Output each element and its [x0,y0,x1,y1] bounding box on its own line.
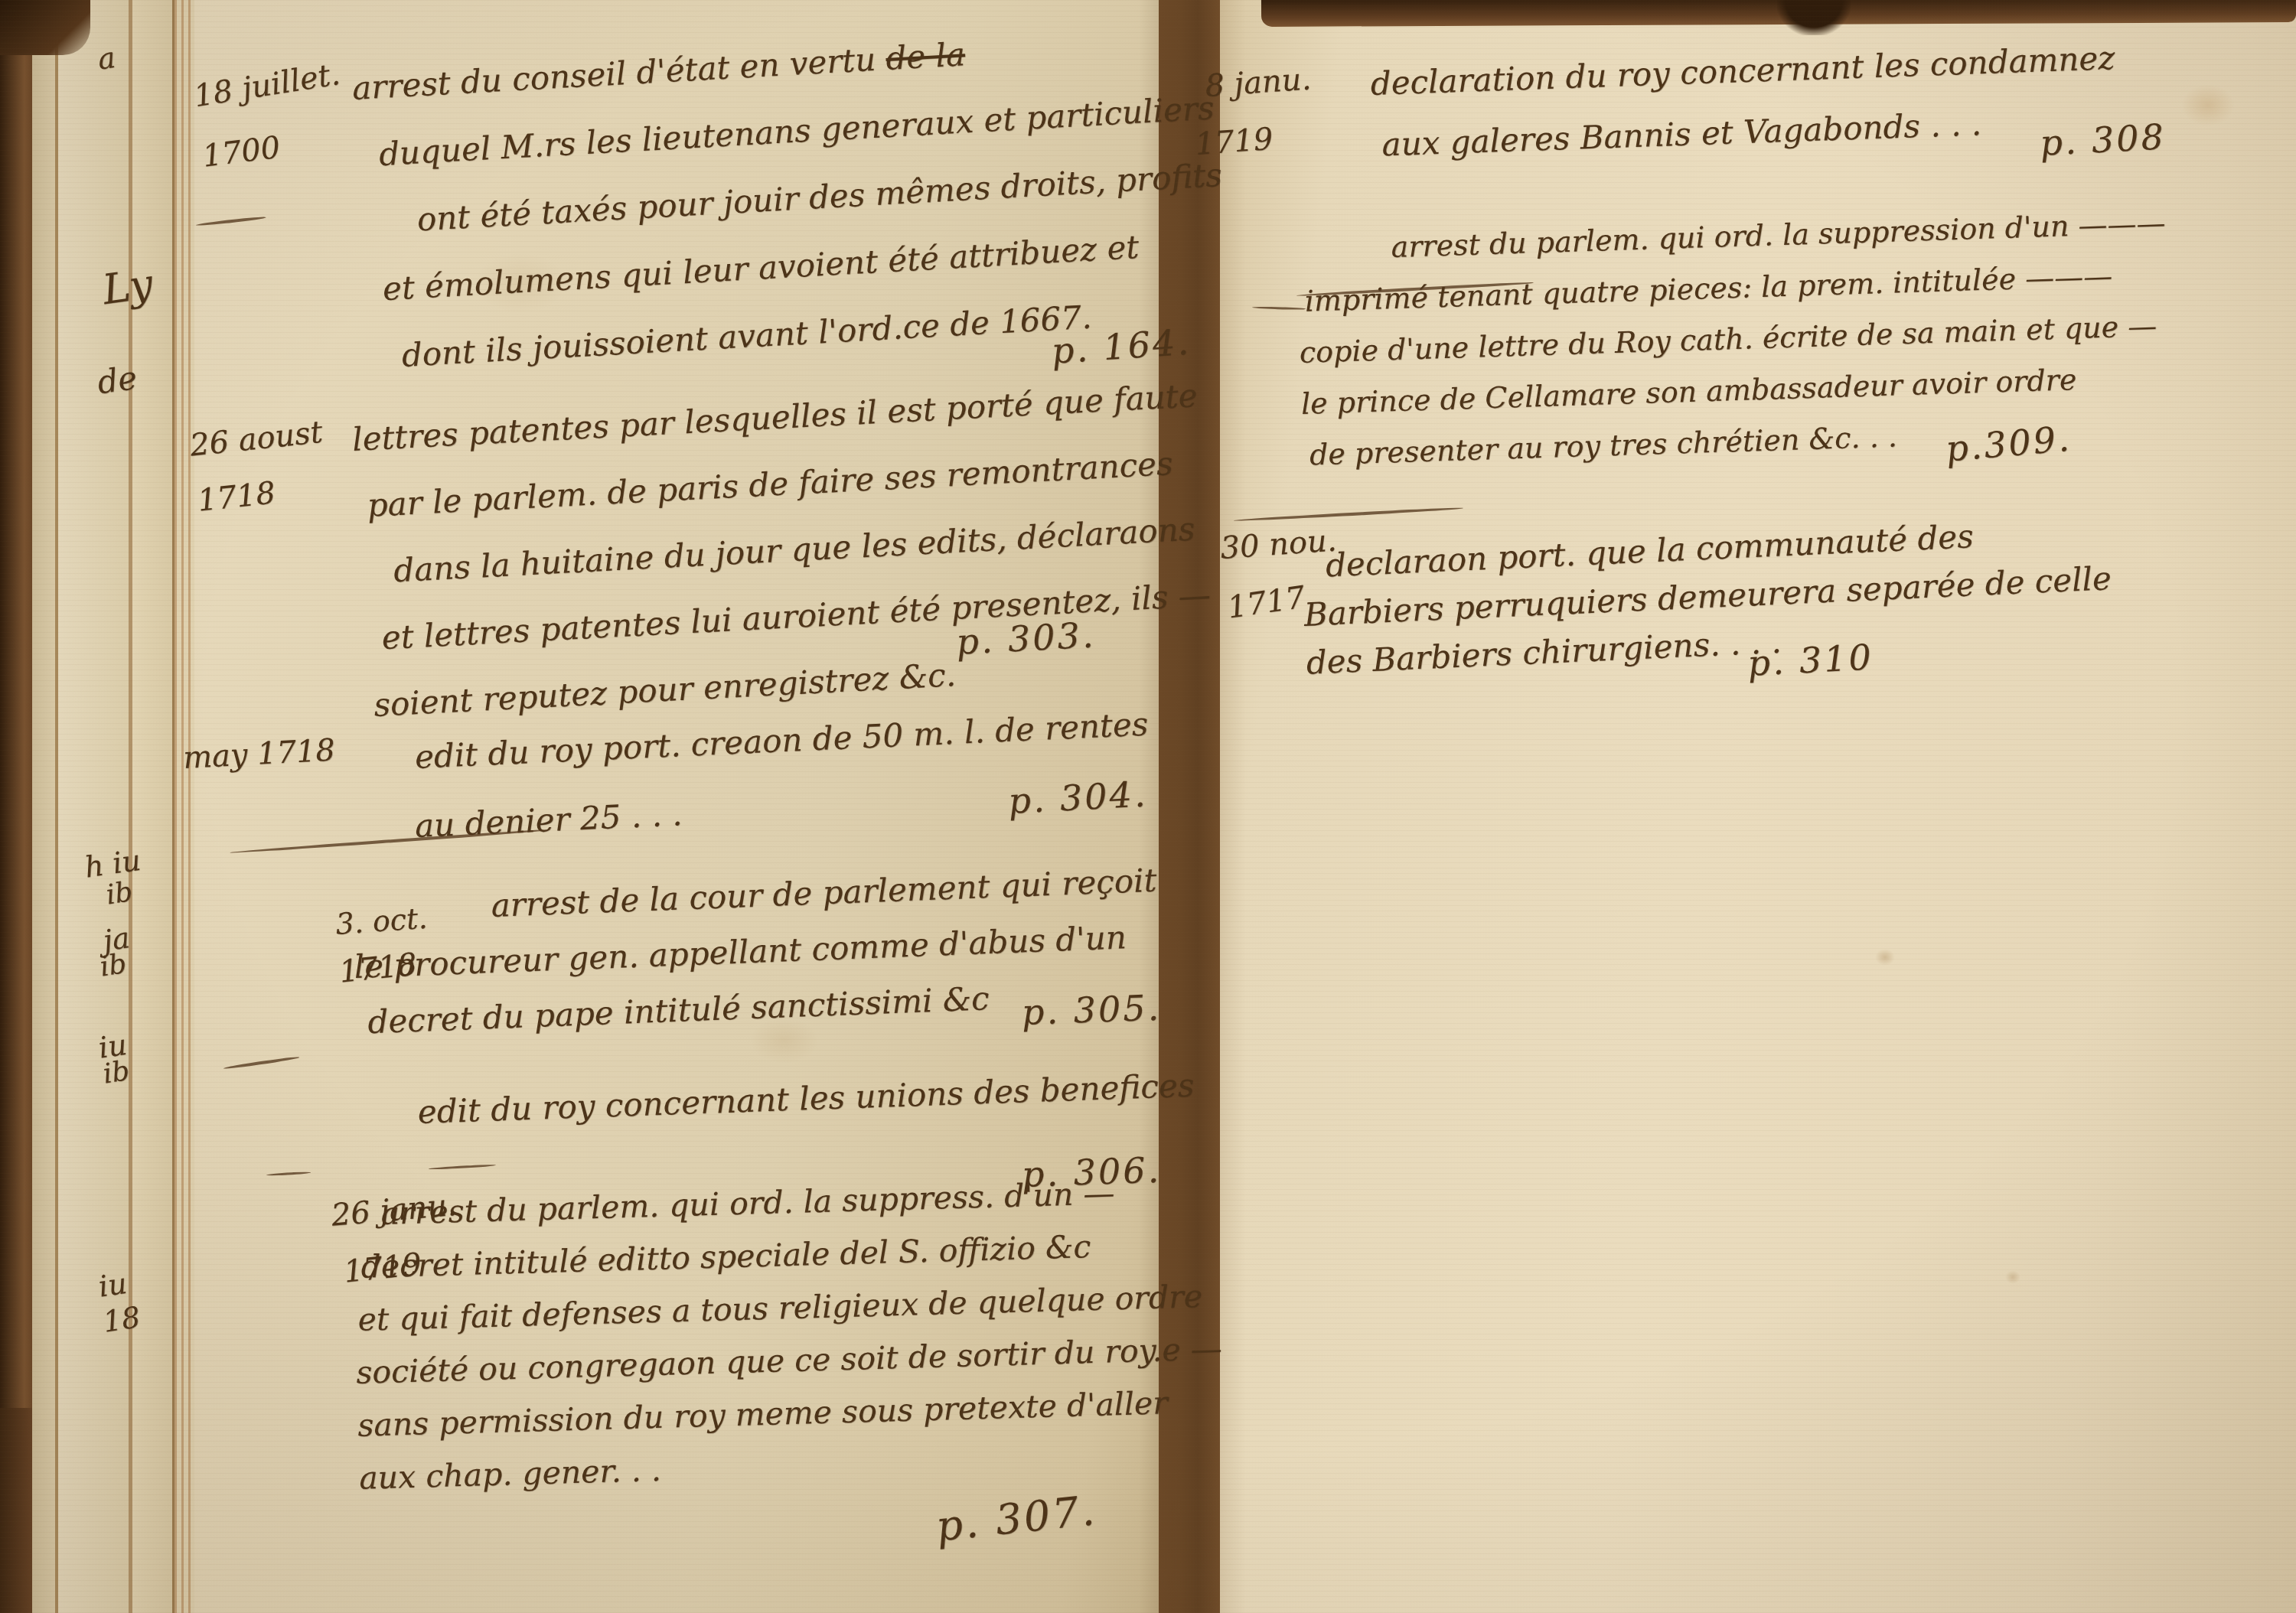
page-edge-stack [174,0,194,1613]
edge-text-fragment: ib [104,876,135,911]
page-ref: p. 304. [1007,773,1149,821]
page-ref: p. 310 [1746,636,1874,684]
page-ref: p. 308 [2039,116,2167,164]
edge-text-fragment: Ly [99,259,156,314]
edge-text-fragment: ib [101,1055,132,1090]
entry-date: 8 janu. [1204,61,1313,104]
index-entry: declaration du roy concernant les condam… [1370,40,2118,188]
entry-date: 1719 [1194,122,1274,162]
edge-text-fragment: ib [98,948,129,982]
page-edge-stack [58,0,132,1613]
page-edge-stack [32,0,58,1613]
page-ref: p. 303. [955,614,1097,662]
struck-text: de la [885,35,966,77]
index-entry: lettres patentes par lesquelles il est p… [351,377,1216,754]
manuscript-photo: a Ly de h iu ib ja ib iu ib iu 18 18 jui… [0,0,2296,1613]
binding-edge-knot [1777,0,1851,35]
page-edge-stack [132,0,174,1613]
edge-text-fragment: 18 [101,1300,142,1338]
edge-text-fragment: iu [96,1266,129,1304]
binding-corner [0,0,90,55]
edge-text-fragment: de [95,359,139,402]
page-ref: p. 305. [1021,987,1162,1033]
index-entry: arrest du parlem. qui ord. la suppress. … [351,1172,1226,1513]
